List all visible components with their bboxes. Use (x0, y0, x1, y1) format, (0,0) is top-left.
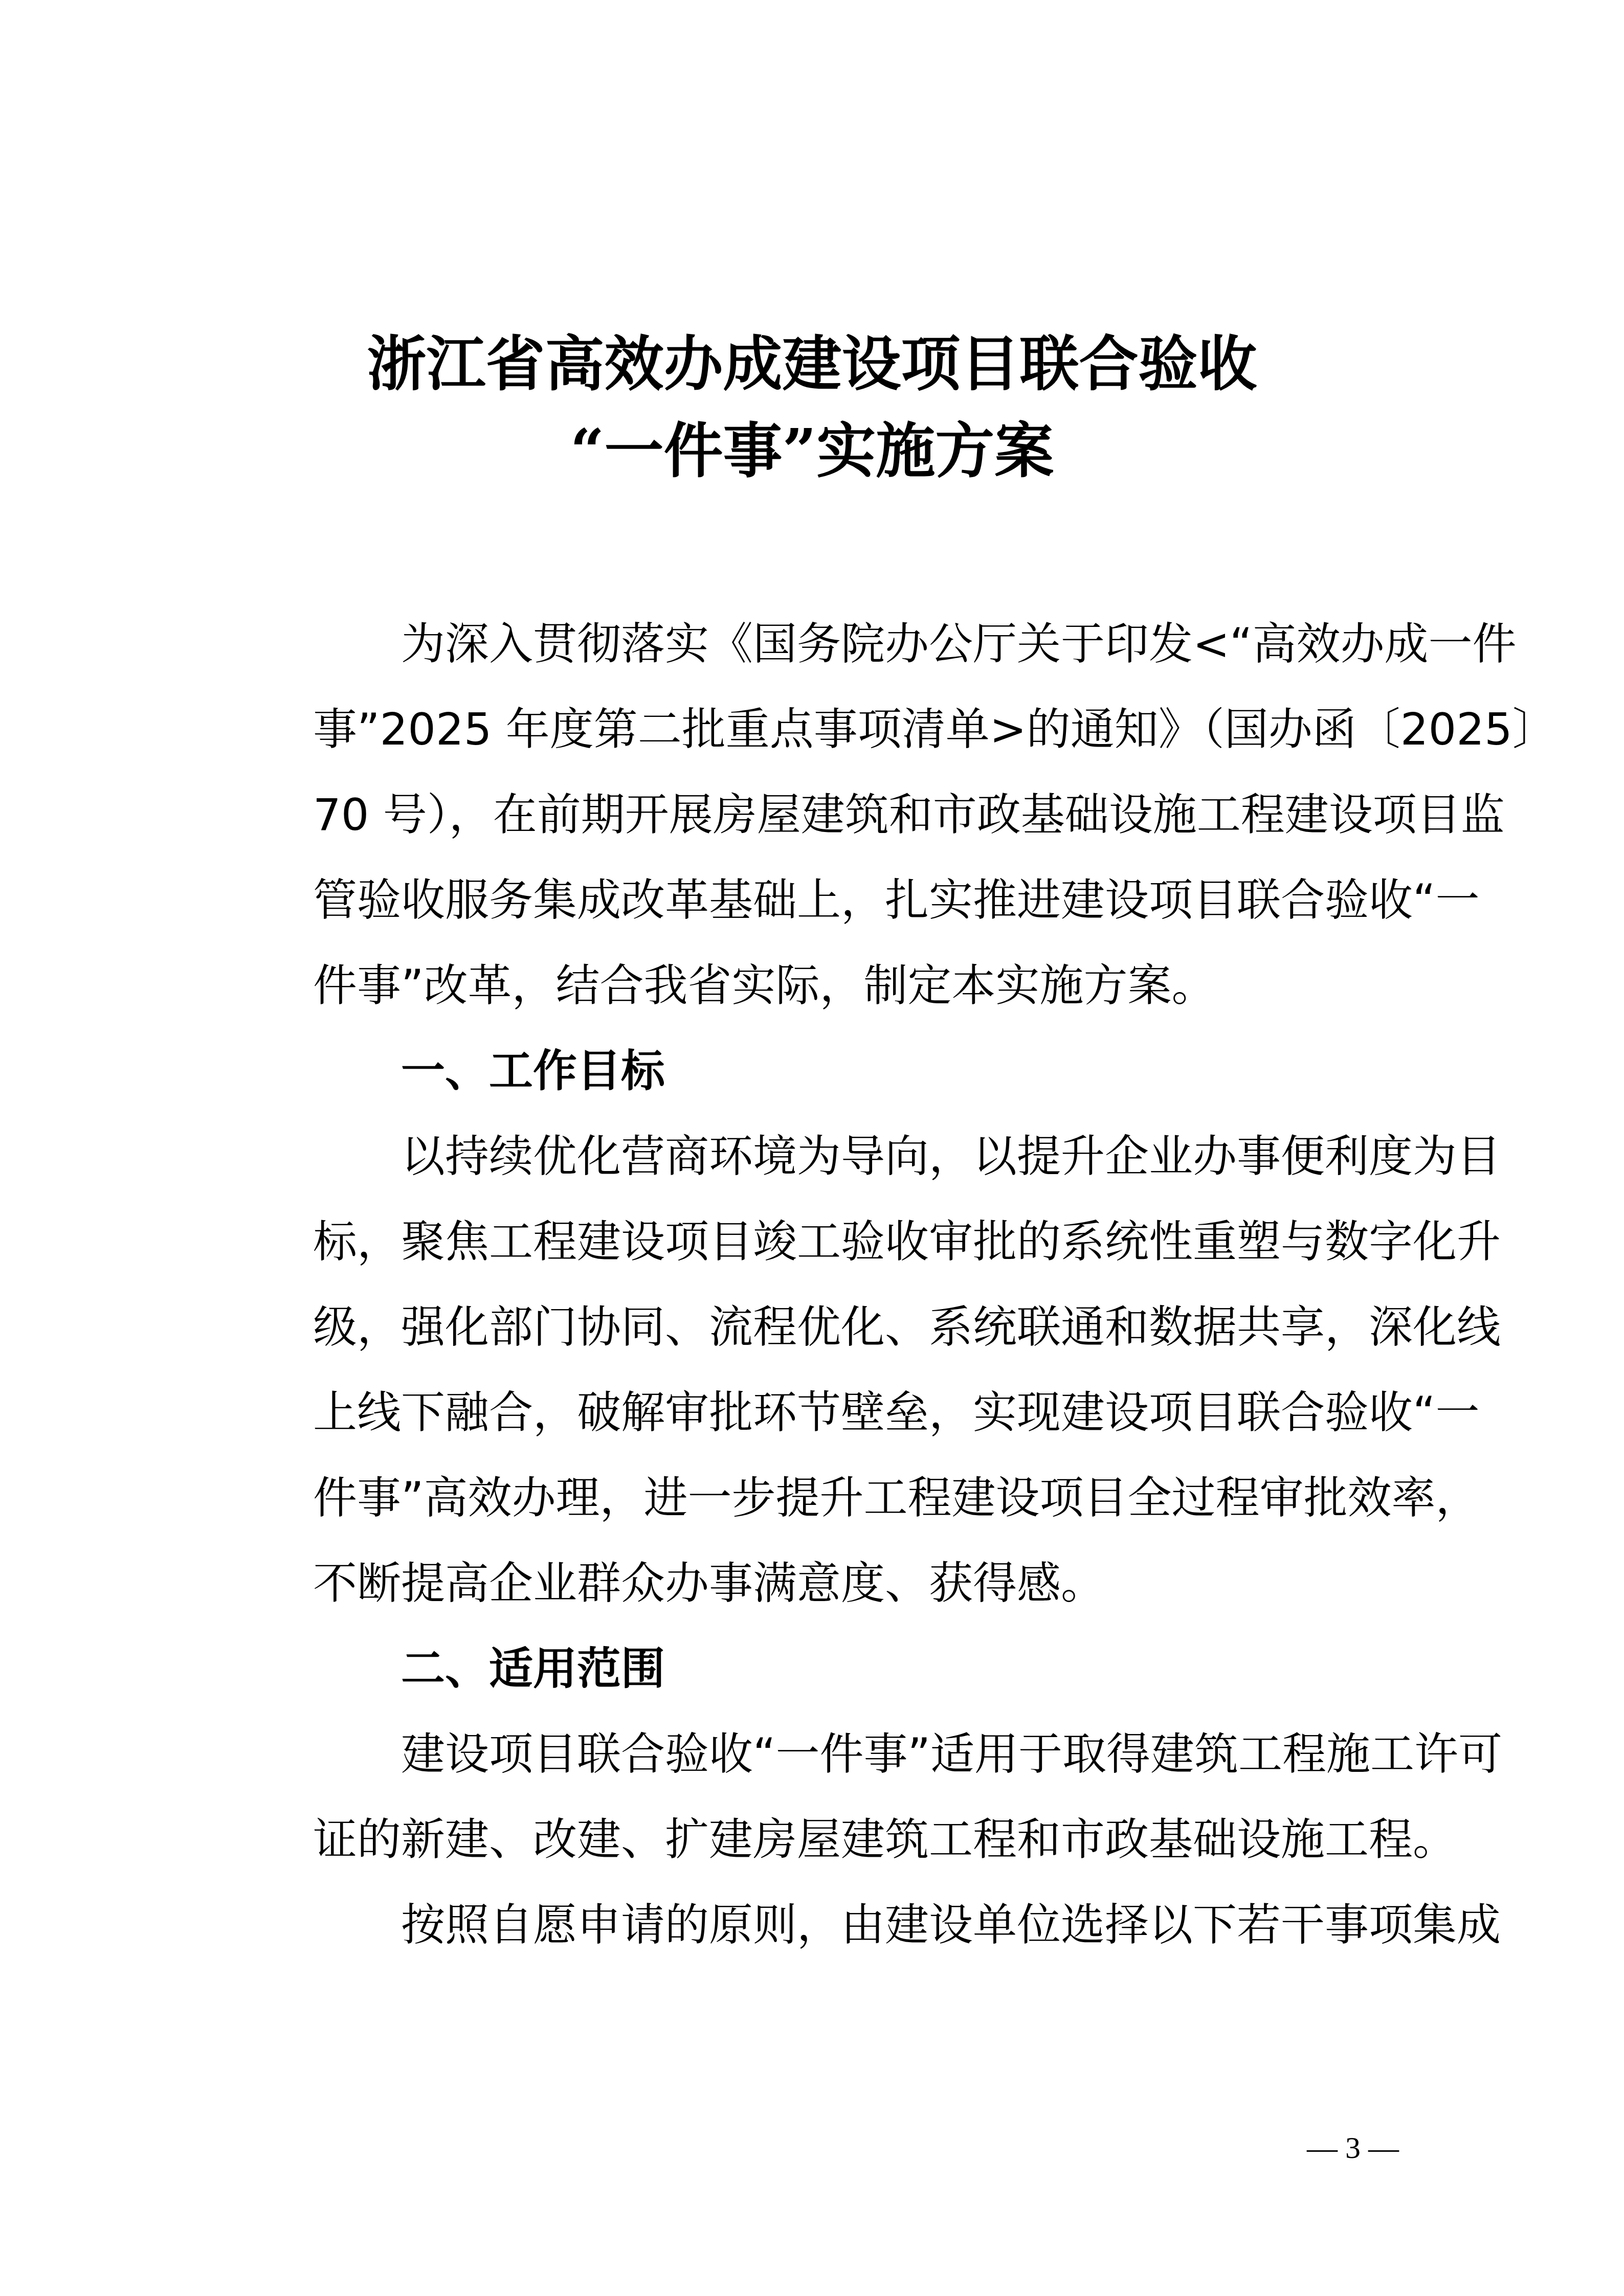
intro-paragraph-line: 事”2025 年度第二批重点事项清单>的通知》（国办函〔2025〕 (313, 699, 1408, 760)
document-title-line-1: 浙江省高效办成建设项目联合验收 (0, 328, 1624, 400)
document-page: 浙江省高效办成建设项目联合验收 “一件事”实施方案 为深入贯彻落实《国务院办公厅… (0, 0, 1624, 2296)
section-1-paragraph-line: 上线下融合，破解审批环节壁垒，实现建设项目联合验收“一 (313, 1382, 1408, 1444)
section-1-paragraph-line: 不断提高企业群众办事满意度、获得感。 (313, 1553, 1408, 1614)
section-1-paragraph-line: 标，聚焦工程建设项目竣工验收审批的系统性重塑与数字化升 (313, 1211, 1408, 1273)
section-heading-scope: 二、适用范围 (313, 1638, 1408, 1700)
section-heading-work-goals: 一、工作目标 (313, 1041, 1408, 1102)
section-2-paragraph-line: 按照自愿申请的原则，由建设单位选择以下若干事项集成 (313, 1895, 1408, 1956)
section-1-paragraph-line: 以持续优化营商环境为导向，以提升企业办事便利度为目 (313, 1126, 1408, 1187)
intro-paragraph-line: 管验收服务集成改革基础上，扎实推进建设项目联合验收“一 (313, 870, 1408, 931)
document-title-line-2: “一件事”实施方案 (0, 415, 1624, 487)
intro-paragraph-line: 为深入贯彻落实《国务院办公厅关于印发<“高效办成一件 (313, 614, 1408, 675)
section-2-paragraph-line: 建设项目联合验收“一件事”适用于取得建筑工程施工许可 (313, 1724, 1408, 1785)
section-1-paragraph-line: 级，强化部门协同、流程优化、系统联通和数据共享，深化线 (313, 1297, 1408, 1358)
page-number: — 3 — (1307, 2127, 1440, 2168)
intro-paragraph-line: 70 号），在前期开展房屋建筑和市政基础设施工程建设项目监 (313, 784, 1408, 846)
section-2-paragraph-line: 证的新建、改建、扩建房屋建筑工程和市政基础设施工程。 (313, 1809, 1408, 1871)
section-1-paragraph-line: 件事”高效办理，进一步提升工程建设项目全过程审批效率， (313, 1468, 1408, 1529)
intro-paragraph-line: 件事”改革，结合我省实际，制定本实施方案。 (313, 955, 1408, 1017)
